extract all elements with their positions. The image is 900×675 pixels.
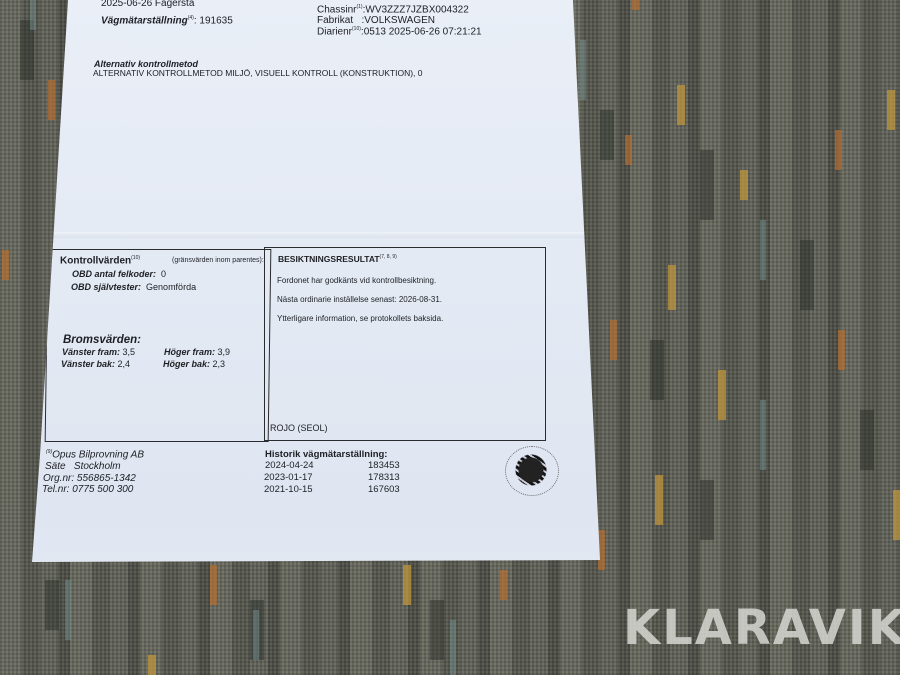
history-value: 167603 xyxy=(368,484,400,495)
history-date: 2021-10-15 xyxy=(264,484,313,495)
brakes-title: Bromsvärden: xyxy=(63,334,141,346)
control-values-title: Kontrollvärden(10) xyxy=(60,255,140,266)
history-title: Historik vägmätarställning: xyxy=(265,449,387,460)
history-row: 2023-01-17 xyxy=(264,472,313,483)
history-value: 183453 xyxy=(368,460,400,471)
chassis-number: Chassinr(1):WV3ZZZ7JZBX004322 xyxy=(317,4,469,15)
history-date: 2024-04-24 xyxy=(265,460,314,471)
chassis-value: WV3ZZZ7JZBX004322 xyxy=(365,4,468,15)
brake-front-right: Höger fram: 3,9 xyxy=(164,347,230,357)
odometer-label: Vägmätarställning xyxy=(101,15,188,26)
history-date: 2023-01-17 xyxy=(264,472,313,483)
climate-globe-logo-icon xyxy=(506,448,556,492)
company-org-number: Org.nr: 556865-1342 xyxy=(43,473,136,484)
odometer-reading: Vägmätarställning(4): 191635 xyxy=(101,15,233,26)
diary-value: 0513 2025-06-26 07:21:21 xyxy=(364,26,482,37)
company-name: (9)Opus Bilprovning AB xyxy=(46,449,144,460)
klaravik-watermark: KLARAVIK xyxy=(623,600,900,656)
result-next-inspection: Nästa ordinarie inställelse senast: 2026… xyxy=(277,295,442,304)
history-value: 178313 xyxy=(368,472,400,483)
odometer-value: 191635 xyxy=(199,15,232,26)
result-more-info: Ytterligare information, se protokollets… xyxy=(277,314,443,323)
obd-fault-codes: OBD antal felkoder: 0 xyxy=(72,269,166,279)
make-value: VOLKSWAGEN xyxy=(364,15,435,26)
brake-front-left: Vänster fram: 3,5 xyxy=(62,347,135,357)
company-phone: Tel.nr: 0775 500 300 xyxy=(42,484,133,495)
history-row: 2024-04-24 xyxy=(265,460,314,471)
limits-note: (gränsvärden inom parentes): xyxy=(172,257,264,264)
make: Fabrikat :VOLKSWAGEN xyxy=(317,15,435,26)
paper-fold xyxy=(45,232,585,238)
company-seat: Säte Stockholm xyxy=(45,461,121,472)
result-approved: Fordonet har godkänts vid kontrollbesikt… xyxy=(277,276,436,285)
inspector-name: ROJO (SEOL) xyxy=(270,423,328,433)
brake-rear-left: Vänster bak: 2,4 xyxy=(61,359,130,369)
obd-self-tests: OBD självtester: Genomförda xyxy=(71,282,196,292)
date-place: 2025-06-26 Fagersta xyxy=(101,0,194,9)
history-row: 2021-10-15 xyxy=(264,484,313,495)
brake-rear-right: Höger bak: 2,3 xyxy=(163,359,225,369)
alt-method-value: ALTERNATIV KONTROLLMETOD MILJÖ, VISUELL … xyxy=(93,68,423,78)
diary-number: Diarienr(10):0513 2025-06-26 07:21:21 xyxy=(317,26,482,37)
result-title: BESIKTNINGSRESULTAT(7, 8, 9) xyxy=(278,254,397,264)
